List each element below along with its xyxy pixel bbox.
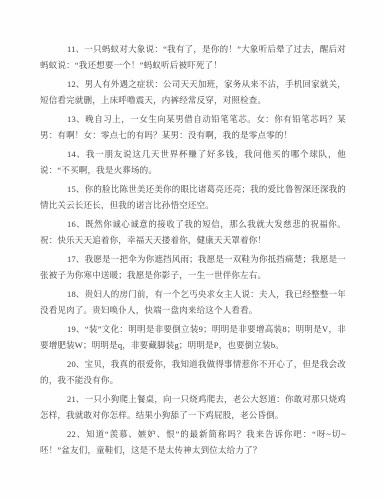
joke-item-22: 22、知道“羡慕、嫉妒、恨”的最新简称吗？我来告诉你吧：“呀~切~呸！”盆友们，… — [40, 427, 346, 458]
joke-item-16: 16、既然你诚心诚意的接收了我的短信，那么我就大发慈悲的祝福你。祝：快乐天天追着… — [40, 217, 346, 248]
joke-item-20: 20、宝贝，我真的很爱你，我知道我做得事情惹你不开心了，但是我会改的，我不能没有… — [40, 357, 346, 388]
text-content: 11、一只蚂蚁对大象说：“我有了，是你的！”大象听后晕了过去，醒后对蚂蚁说：“我… — [0, 0, 386, 458]
joke-item-21: 21、一只小狗爬上餐桌，向一只烧鸡爬去，老公大怒道：你敢对那只烧鸡怎样，我就敢对… — [40, 392, 346, 423]
joke-item-12: 12、男人有外遇之症状：公司天天加班，家务从来不沾，手机回家就关，短信看完就删，… — [40, 77, 346, 108]
joke-item-13: 13、晚自习上，一女生向某男借自动铅笔笔芯。女：你有铅笔芯吗？某男：有啊！女：零… — [40, 112, 346, 143]
joke-item-14: 14、我一朋友说这几天世界杯赚了好多钱，我问他买的哪个球队，他说：“不买啊，我是… — [40, 147, 346, 178]
joke-item-17: 17、我愿是一把伞为你遮挡风雨；我愿是一双鞋为你抵挡痛楚；我愿是一张被子为你寒中… — [40, 252, 346, 283]
joke-item-18: 18、贵妇人的房门前，有一个乞丐央求女主人说：夫人，我已经整整一年没看见肉了。贵… — [40, 287, 346, 318]
joke-item-15: 15、你的脸比陈世美还美你的眼比诸葛亮还亮；我的爱比鲁智深还深我的情比关云长还长… — [40, 182, 346, 213]
joke-item-19: 19、“装”文化：明明是非要倒立装9；明明是非要增高装8；明明是V，非要增肥装W… — [40, 322, 346, 353]
joke-item-11: 11、一只蚂蚁对大象说：“我有了，是你的！”大象听后晕了过去，醒后对蚂蚁说：“我… — [40, 42, 346, 73]
document-page: 11、一只蚂蚁对大象说：“我有了，是你的！”大象听后晕了过去，醒后对蚂蚁说：“我… — [0, 0, 386, 500]
